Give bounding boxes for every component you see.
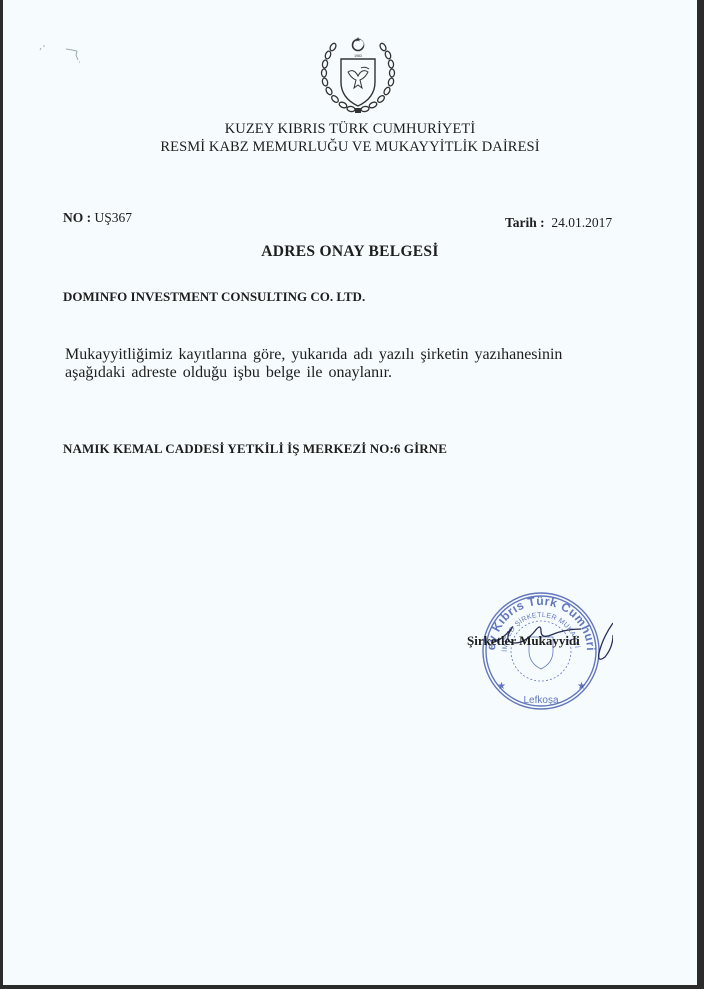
- document-number: NO : UŞ367: [63, 210, 132, 226]
- document-date: Tarih : 24.01.2017: [505, 215, 612, 231]
- body-text-line-2: aşağıdaki adreste olduğu işbu belge ile …: [65, 364, 392, 382]
- svg-text:1983: 1983: [354, 54, 362, 58]
- svg-text:★: ★: [497, 681, 506, 692]
- trnc-coat-of-arms-icon: 1983: [312, 36, 404, 116]
- company-name: DOMINFO INVESTMENT CONSULTING CO. LTD.: [63, 289, 365, 305]
- signer-title: Şirketler Mukayyidi: [467, 633, 580, 649]
- document-title: ADRES ONAY BELGESİ: [3, 243, 697, 261]
- svg-text:Lefkoşa: Lefkoşa: [523, 695, 558, 706]
- document-page: 1983 KUZEY KIBRI: [3, 0, 697, 985]
- document-number-label: NO :: [63, 210, 91, 225]
- body-text-line-1: Mukayyitliğimiz kayıtlarına göre, yukarı…: [65, 346, 562, 364]
- svg-text:★: ★: [577, 681, 586, 692]
- scan-marks: [33, 32, 93, 72]
- company-address: NAMIK KEMAL CADDESİ YETKİLİ İŞ MERKEZİ N…: [63, 441, 447, 457]
- document-number-value: UŞ367: [95, 210, 133, 225]
- header-department: RESMİ KABZ MEMURLUĞU VE MUKAYYİTLİK DAİR…: [3, 139, 697, 156]
- document-date-label: Tarih :: [505, 215, 545, 230]
- official-stamp-icon: Kuzey Kıbrıs Türk Cumhuriyeti LİMİTED Şİ…: [473, 585, 613, 715]
- document-date-value: 24.01.2017: [551, 215, 612, 230]
- header-country: KUZEY KIBRIS TÜRK CUMHURİYETİ: [3, 121, 697, 138]
